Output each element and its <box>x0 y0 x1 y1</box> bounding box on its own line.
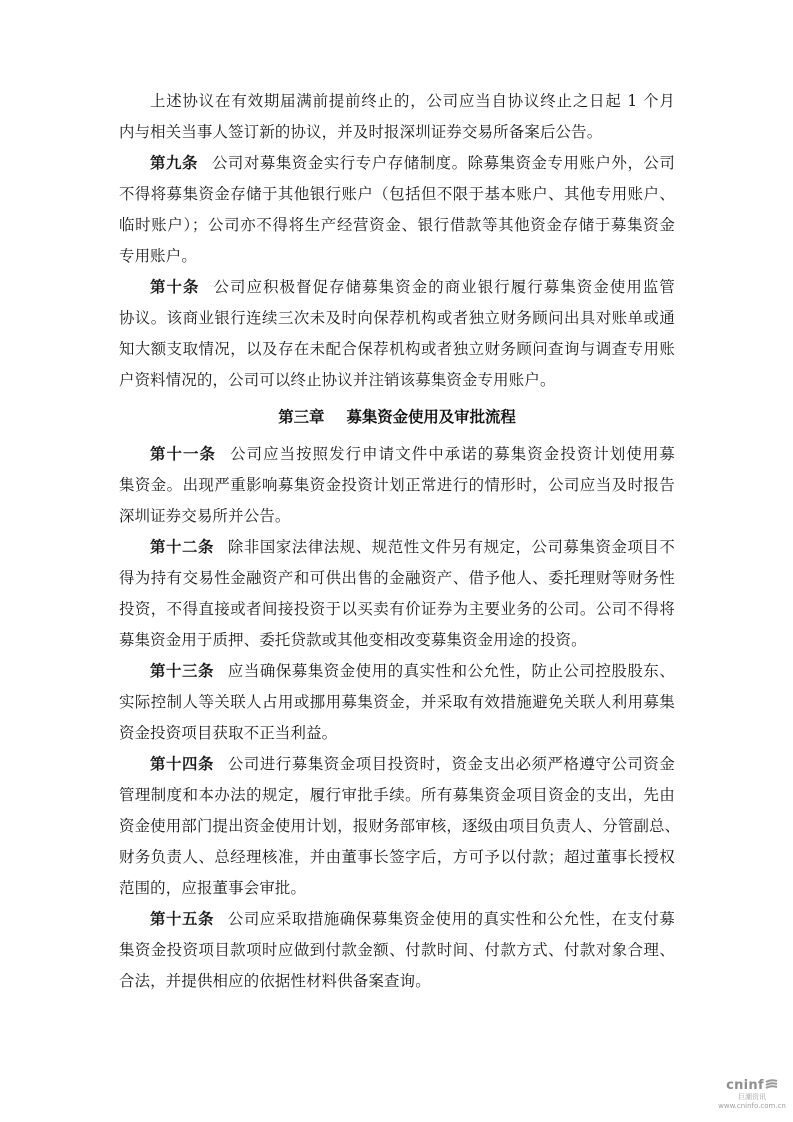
article-number: 第十三条 <box>150 662 214 680</box>
text-line: 知大额支取情况，以及存在未配合保荐机构或者独立财务顾问查询与调查专用账 <box>119 334 675 365</box>
text-line: 上述协议在有效期届满前提前终止的，公司应当自协议终止之日起 1 个月 <box>119 86 675 117</box>
article-number: 第十二条 <box>150 538 214 556</box>
cninfo-watermark: cninf 巨潮资讯 www.cninfo.com.cn <box>712 1078 792 1111</box>
article-text: 公司应采取措施确保募集资金使用的真实性和公允性，在支付募 <box>228 910 675 928</box>
article-text: 公司进行募集资金项目投资时，资金支出必须严格遵守公司资金 <box>228 755 675 773</box>
article-text: 应当确保募集资金使用的真实性和公允性，防止公司控股股东、 <box>228 662 675 680</box>
text-line: 第十一条公司应当按照发行申请文件中承诺的募集资金投资计划使用募 <box>119 439 675 470</box>
article-text: 公司应当按照发行申请文件中承诺的募集资金投资计划使用募 <box>230 445 675 463</box>
watermark-name: 巨潮资讯 <box>712 1093 792 1102</box>
text-line: 财务负责人、总经理核准，并由董事长签字后，方可予以付款；超过董事长授权 <box>119 842 675 873</box>
text-line: 户资料情况的，公司可以终止协议并注销该募集资金专用账户。 <box>119 365 675 396</box>
article-number: 第十五条 <box>150 910 214 928</box>
article-11: 第十一条公司应当按照发行申请文件中承诺的募集资金投资计划使用募 集资金。出现严重… <box>119 439 675 532</box>
text-line: 募集资金用于质押、委托贷款或其他变相改变募集资金用途的投资。 <box>119 625 675 656</box>
text-line: 资金投资项目获取不正当利益。 <box>119 718 675 749</box>
text-line: 专用账户。 <box>119 241 675 272</box>
text-line: 第十四条公司进行募集资金项目投资时，资金支出必须严格遵守公司资金 <box>119 749 675 780</box>
article-12: 第十二条除非国家法律法规、规范性文件另有规定，公司募集资金项目不 得为持有交易性… <box>119 532 675 656</box>
text-line: 第九条公司对募集资金实行专户存储制度。除募集资金专用账户外，公司 <box>119 148 675 179</box>
text-line: 集资金投资项目款项时应做到付款金额、付款时间、付款方式、付款对象合理、 <box>119 935 675 966</box>
text-line: 实际控制人等关联人占用或挪用募集资金，并采取有效措施避免关联人利用募集 <box>119 687 675 718</box>
text-line: 投资，不得直接或者间接投资于以买卖有价证券为主要业务的公司。公司不得将 <box>119 594 675 625</box>
text-line: 临时账户）；公司亦不得将生产经营资金、银行借款等其他资金存储于募集资金 <box>119 210 675 241</box>
text-line: 合法，并提供相应的依据性材料供备案查询。 <box>119 966 675 997</box>
text-line: 协议。该商业银行连续三次未及时向保荐机构或者独立财务顾问出具对账单或通 <box>119 303 675 334</box>
cninfo-swirl-icon <box>765 1079 778 1090</box>
article-number: 第十四条 <box>150 755 214 773</box>
article-13: 第十三条应当确保募集资金使用的真实性和公允性，防止公司控股股东、 实际控制人等关… <box>119 656 675 749</box>
text-line: 第十三条应当确保募集资金使用的真实性和公允性，防止公司控股股东、 <box>119 656 675 687</box>
text-line: 内与相关当事人签订新的协议，并及时报深圳证券交易所备案后公告。 <box>119 117 675 148</box>
article-15: 第十五条公司应采取措施确保募集资金使用的真实性和公允性，在支付募 集资金投资项目… <box>119 904 675 997</box>
article-number: 第十一条 <box>150 445 216 463</box>
article-text: 除非国家法律法规、规范性文件另有规定，公司募集资金项目不 <box>228 538 675 556</box>
text-line: 深圳证券交易所并公告。 <box>119 501 675 532</box>
text-line: 资金使用部门提出资金使用计划，报财务部审核，逐级由项目负责人、分管副总、 <box>119 811 675 842</box>
paragraph-agreement-termination: 上述协议在有效期届满前提前终止的，公司应当自协议终止之日起 1 个月 内与相关当… <box>119 86 675 148</box>
article-text: 公司应积极督促存储募集资金的商业银行履行募集资金使用监管 <box>214 278 675 296</box>
text-line: 第十条公司应积极督促存储募集资金的商业银行履行募集资金使用监管 <box>119 272 675 303</box>
article-10: 第十条公司应积极督促存储募集资金的商业银行履行募集资金使用监管 协议。该商业银行… <box>119 272 675 396</box>
text-line: 第十二条除非国家法律法规、规范性文件另有规定，公司募集资金项目不 <box>119 532 675 563</box>
text-line: 不得将募集资金存储于其他银行账户（包括但不限于基本账户、其他专用账户、 <box>119 179 675 210</box>
text-line: 集资金。出现严重影响募集资金投资计划正常进行的情形时，公司应当及时报告 <box>119 470 675 501</box>
chapter-heading: 第三章募集资金使用及审批流程 <box>119 402 675 433</box>
article-9: 第九条公司对募集资金实行专户存储制度。除募集资金专用账户外，公司 不得将募集资金… <box>119 148 675 272</box>
logo-text: cninf <box>726 1078 764 1093</box>
article-number: 第十条 <box>150 278 200 296</box>
chapter-number: 第三章 <box>278 408 324 426</box>
article-text: 公司对募集资金实行专户存储制度。除募集资金专用账户外，公司 <box>212 154 675 172</box>
document-page: 上述协议在有效期届满前提前终止的，公司应当自协议终止之日起 1 个月 内与相关当… <box>0 0 793 1122</box>
cninfo-logo: cninf <box>712 1078 792 1093</box>
document-body: 上述协议在有效期届满前提前终止的，公司应当自协议终止之日起 1 个月 内与相关当… <box>119 86 675 997</box>
article-number: 第九条 <box>150 154 198 172</box>
watermark-url: www.cninfo.com.cn <box>712 1102 792 1111</box>
text-line: 得为持有交易性金融资产和可供出售的金融资产、借予他人、委托理财等财务性 <box>119 563 675 594</box>
text-line: 管理制度和本办法的规定，履行审批手续。所有募集资金项目资金的支出，先由 <box>119 780 675 811</box>
article-14: 第十四条公司进行募集资金项目投资时，资金支出必须严格遵守公司资金 管理制度和本办… <box>119 749 675 904</box>
text-line: 第十五条公司应采取措施确保募集资金使用的真实性和公允性，在支付募 <box>119 904 675 935</box>
text-line: 范围的，应报董事会审批。 <box>119 873 675 904</box>
chapter-title: 募集资金使用及审批流程 <box>346 408 515 426</box>
